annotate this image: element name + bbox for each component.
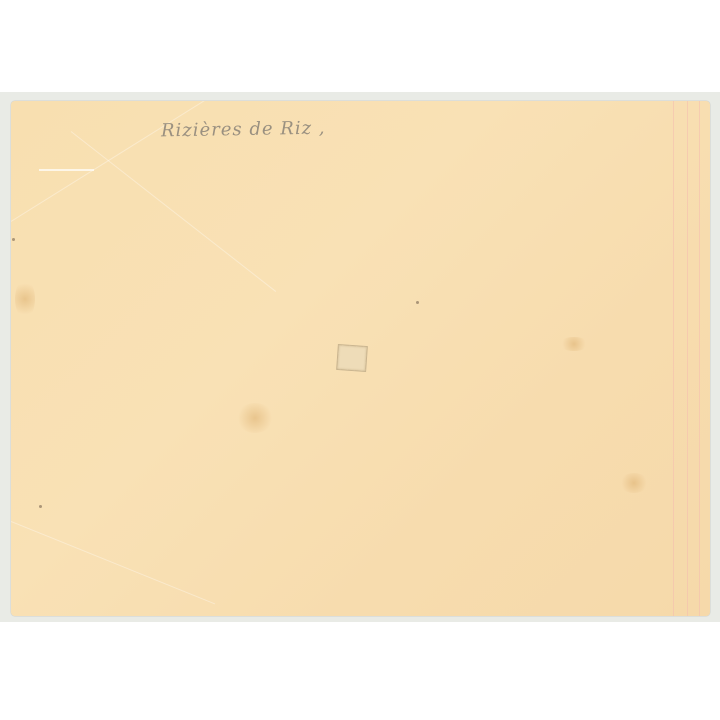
light-scratch-mark bbox=[39, 169, 94, 171]
stain bbox=[15, 279, 35, 319]
paper-crease bbox=[71, 131, 276, 292]
tape-residue bbox=[336, 344, 368, 372]
stain bbox=[236, 403, 274, 433]
paper-edge-line bbox=[699, 101, 700, 616]
speck bbox=[39, 505, 42, 508]
photo-back-paper: Rizières de Riz , bbox=[11, 101, 710, 616]
paper-crease bbox=[11, 521, 215, 604]
speck bbox=[416, 301, 419, 304]
stain bbox=[559, 337, 589, 351]
paper-edge-line bbox=[673, 101, 674, 616]
paper-edge-line bbox=[687, 101, 688, 616]
handwritten-caption: Rizières de Riz , bbox=[161, 118, 326, 142]
stain bbox=[619, 473, 649, 493]
speck bbox=[12, 238, 15, 241]
